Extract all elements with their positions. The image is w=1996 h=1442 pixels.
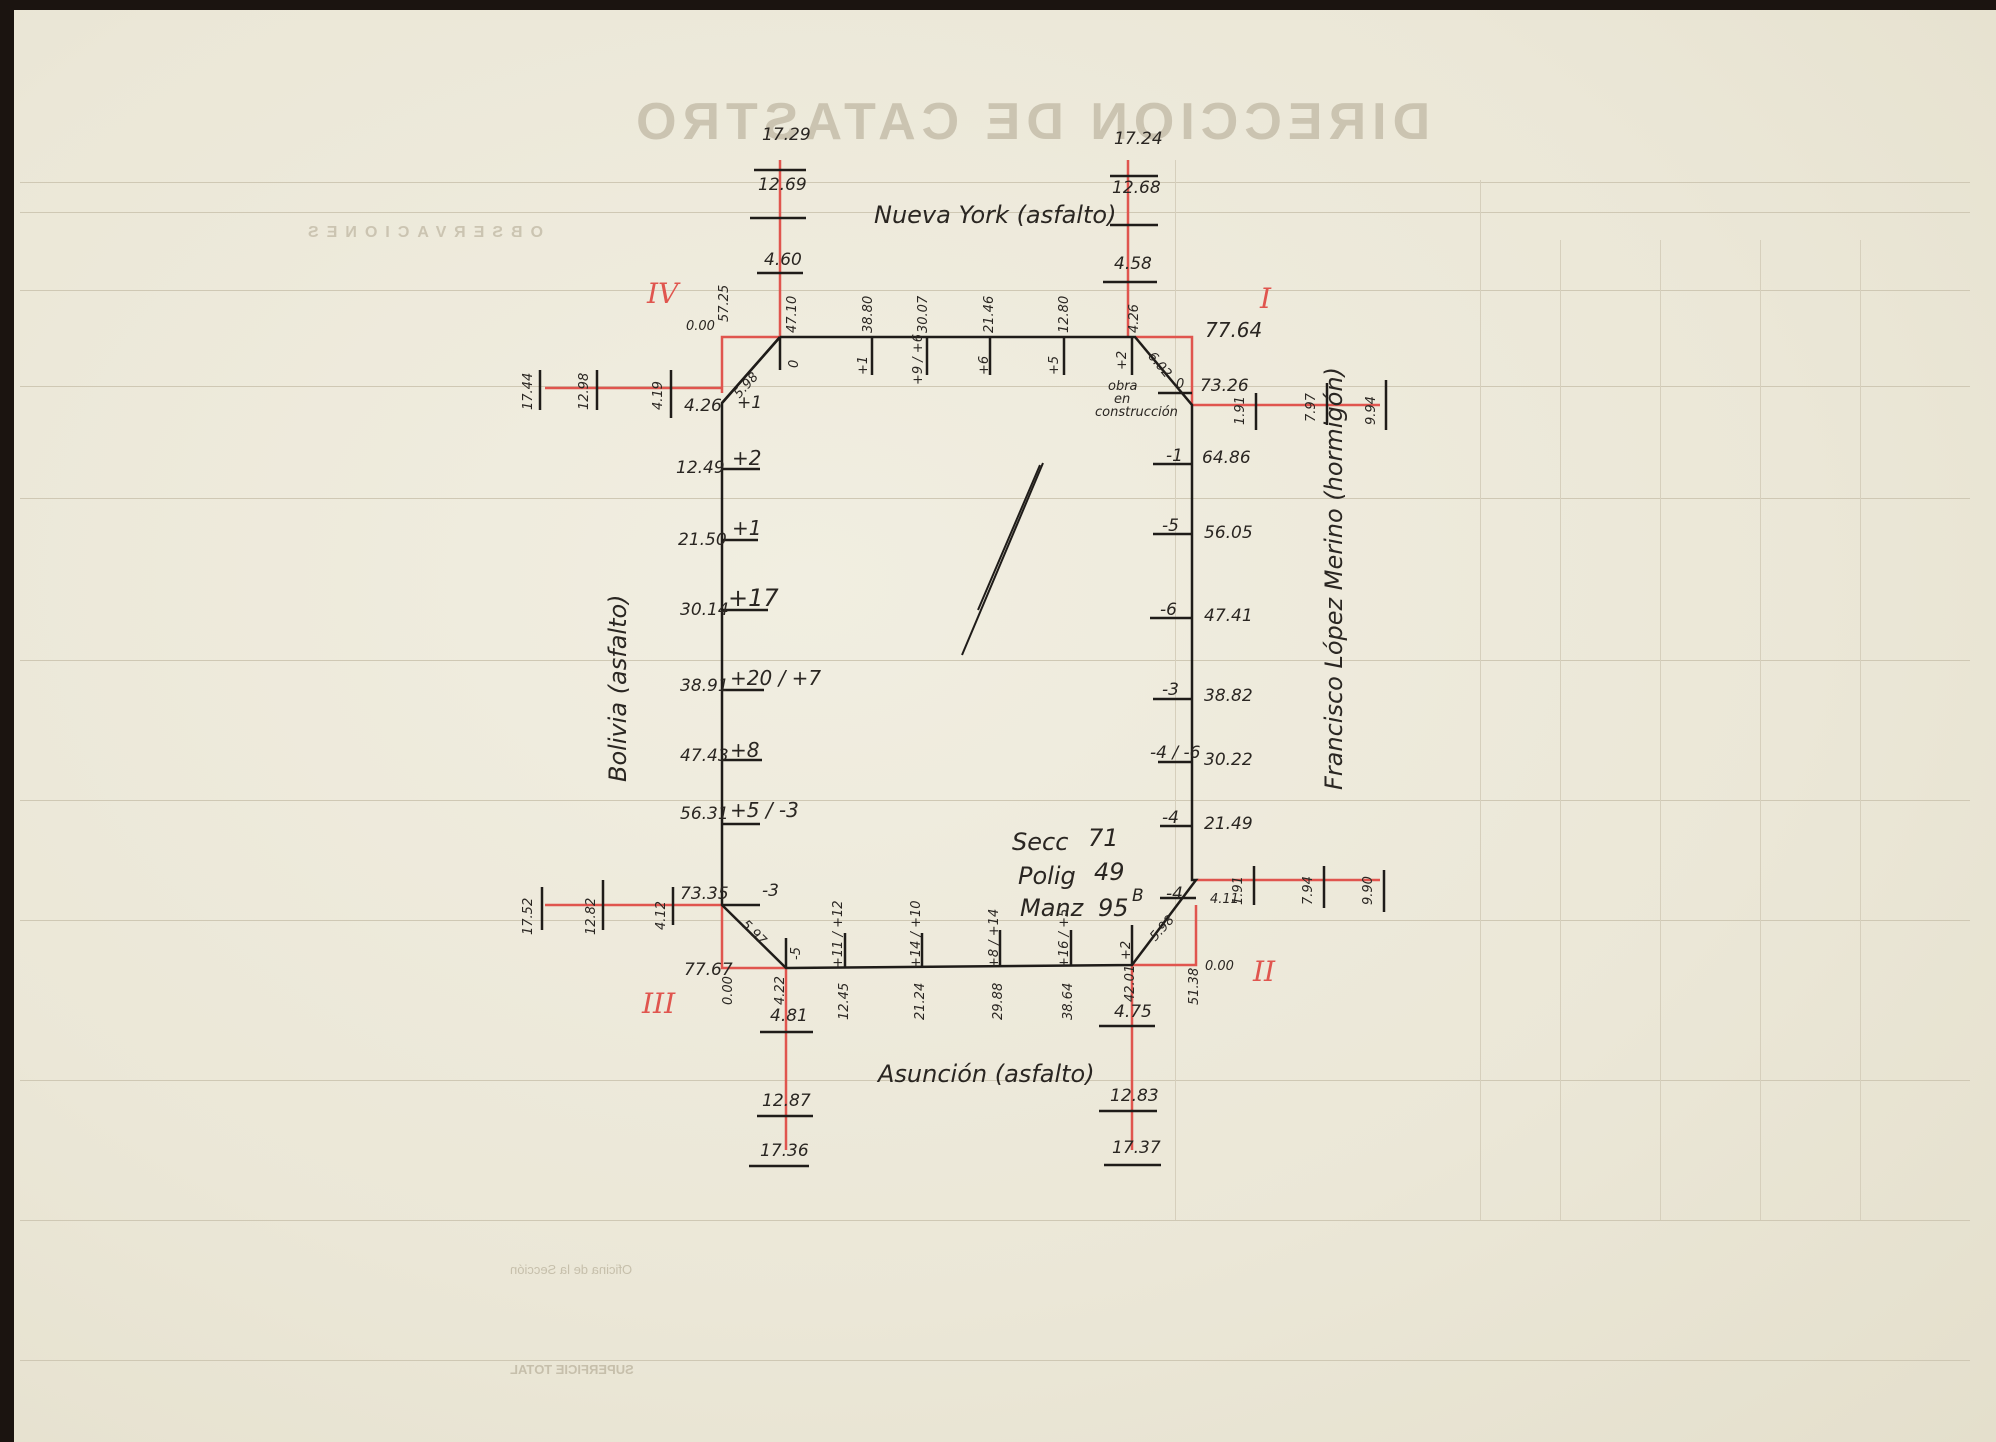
nw-height: +1	[737, 395, 762, 412]
west-top-width-2: 12.98	[578, 373, 591, 410]
west-pos-2: 21.50	[678, 532, 727, 549]
corner-label-I: I	[1260, 285, 1271, 313]
north-h-1: 0	[788, 360, 801, 368]
west-h-4: +20 / +7	[730, 668, 821, 688]
north-arrow-icon	[962, 463, 1043, 655]
west-bottom-width-1: 17.52	[522, 898, 535, 935]
north-left-width-2: 12.69	[758, 177, 807, 194]
west-h-1: +2	[732, 448, 761, 468]
west-pos-4: 38.91	[680, 678, 729, 695]
se-pos: 42.01	[1124, 965, 1137, 1002]
west-pos-3: 30.14	[680, 602, 729, 619]
north-pos-4: 21.46	[983, 296, 996, 333]
ne-height: 0	[1176, 378, 1184, 391]
east-top-width-3: 9.94	[1365, 396, 1378, 425]
north-pos-1: 47.10	[786, 296, 799, 333]
east-h-3: -6	[1160, 602, 1177, 619]
manz-value: 95	[1098, 896, 1129, 920]
sw-height-2: -5	[790, 947, 803, 960]
east-pos-6: 21.49	[1204, 816, 1253, 833]
secc-value: 71	[1088, 826, 1119, 850]
north-h-6: +2	[1116, 351, 1129, 370]
east-pos-2: 56.05	[1204, 525, 1253, 542]
east-pos-3: 47.41	[1204, 608, 1253, 625]
nw-origin: 0.00	[686, 320, 715, 333]
sw-origin: 0.00	[722, 976, 735, 1005]
se-total: 51.38	[1188, 968, 1201, 1005]
obra-line-3: construcción	[1095, 406, 1178, 419]
west-h-5: +8	[730, 740, 759, 760]
ne-offset: 73.26	[1200, 378, 1249, 395]
west-pos-6: 56.31	[680, 806, 729, 823]
west-bottom-width-2: 12.82	[585, 898, 598, 935]
north-h-5: +5	[1048, 356, 1061, 375]
west-bottom-width-3: 4.12	[655, 901, 668, 930]
west-h-3: +17	[728, 586, 779, 610]
manz-suffix: B	[1132, 888, 1144, 905]
east-h-2: -5	[1162, 518, 1179, 535]
south-pos-4: 38.64	[1062, 983, 1075, 1020]
south-right-width-2: 12.83	[1110, 1088, 1159, 1105]
east-h-4: -3	[1162, 682, 1179, 699]
east-h-1: -1	[1166, 448, 1183, 465]
south-left-width-1: 4.81	[770, 1008, 808, 1025]
manz-label: Manz	[1020, 896, 1083, 920]
block-outline	[722, 337, 1196, 968]
east-top-width-1: 1.91	[1234, 396, 1247, 425]
street-name-east: Francisco López Merino (hormigón)	[1322, 367, 1346, 790]
east-bottom-width-2: 7.94	[1302, 876, 1315, 905]
street-name-north: Nueva York (asfalto)	[874, 203, 1116, 227]
corner-label-III: III	[642, 990, 675, 1018]
se-height: -4	[1166, 886, 1183, 903]
street-name-south: Asunción (asfalto)	[878, 1062, 1095, 1086]
west-top-width-3: 4.19	[652, 381, 665, 410]
south-h-3: +8 / +14	[988, 909, 1001, 968]
north-h-3: +9 / +6	[912, 334, 925, 385]
corner-label-IV: IV	[647, 280, 678, 308]
secc-label: Secc	[1012, 830, 1068, 854]
sw-offset: 73.35	[680, 886, 729, 903]
se-height-2: +2	[1120, 941, 1133, 960]
north-right-width-2: 12.68	[1112, 180, 1161, 197]
se-origin: 0.00	[1205, 960, 1234, 973]
north-pos-5: 12.80	[1058, 296, 1071, 333]
east-pos-5: 30.22	[1204, 752, 1253, 769]
north-pos-3: 30.07	[917, 296, 930, 333]
east-top-width-2: 7.97	[1305, 393, 1318, 422]
ne-total: 77.64	[1205, 320, 1262, 340]
east-bottom-width-3: 9.90	[1362, 876, 1375, 905]
west-pos-5: 47.43	[680, 748, 729, 765]
south-h-2: +14 / +10	[910, 900, 923, 968]
west-top-width-1: 17.44	[522, 373, 535, 410]
corner-label-II: II	[1253, 958, 1275, 986]
north-left-width-1: 17.29	[762, 127, 811, 144]
north-h-2: +1	[857, 356, 870, 375]
nw-offset: 4.26	[684, 398, 722, 415]
south-pos-3: 29.88	[992, 983, 1005, 1020]
east-h-5: -4 / -6	[1150, 745, 1200, 762]
east-bottom-width-1: 1.91	[1232, 876, 1245, 905]
sw-offset-2: 4.22	[774, 976, 787, 1005]
east-pos-4: 38.82	[1204, 688, 1253, 705]
polig-label: Polig	[1018, 864, 1076, 888]
north-left-width-3: 4.60	[764, 252, 802, 269]
south-h-1: +11 / +12	[832, 900, 845, 968]
west-h-6: +5 / -3	[730, 800, 799, 820]
north-pos-6: 4.26	[1128, 304, 1141, 333]
north-h-4: +6	[978, 356, 991, 375]
west-pos-1: 12.49	[676, 460, 725, 477]
west-h-2: +1	[732, 518, 761, 538]
north-right-width-1: 17.24	[1114, 131, 1163, 148]
sw-height: -3	[762, 883, 779, 900]
north-pos-2: 38.80	[862, 296, 875, 333]
east-h-6: -4	[1162, 810, 1179, 827]
polig-value: 49	[1094, 860, 1125, 884]
street-name-west: Bolivia (asfalto)	[606, 594, 630, 782]
north-right-width-3: 4.58	[1114, 256, 1152, 273]
south-pos-1: 12.45	[838, 983, 851, 1020]
south-left-width-3: 17.36	[760, 1143, 809, 1160]
east-pos-1: 64.86	[1202, 450, 1251, 467]
south-right-width-1: 4.75	[1114, 1004, 1152, 1021]
south-right-width-3: 17.37	[1112, 1140, 1161, 1157]
south-left-width-2: 12.87	[762, 1093, 811, 1110]
nw-total: 57.25	[718, 285, 731, 322]
south-pos-2: 21.24	[914, 983, 927, 1020]
